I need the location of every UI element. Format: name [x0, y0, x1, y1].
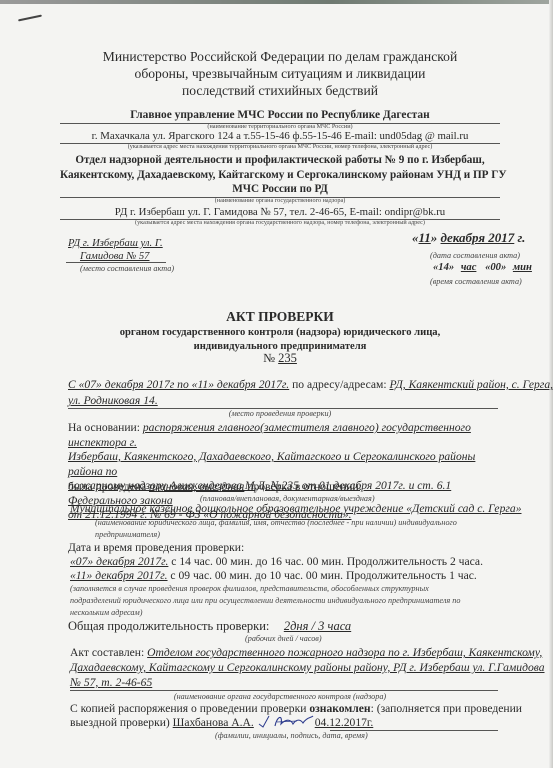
act-place-caption: (место составления акта) — [80, 264, 174, 273]
inspection-period: С «07» декабря 2017г по «11» декабря 201… — [68, 378, 289, 391]
inspection-place: С «07» декабря 2017г по «11» декабря 201… — [68, 378, 553, 393]
divider — [70, 690, 498, 691]
inspected-entity-caption-2: предпринимателя) — [95, 530, 160, 539]
schedule-caption-3: нескольким адресам) — [70, 608, 142, 617]
inspection-address-line-2: ул. Родниковая 14. — [68, 394, 158, 409]
act-time-hours: «14» — [433, 262, 454, 273]
duration-value: 2дня / 3 часа — [273, 619, 363, 634]
divider — [66, 262, 166, 263]
act-number: № 235 — [60, 351, 500, 366]
duration-caption: (рабочих дней / часов) — [245, 634, 322, 643]
ministry-line-1: Министерство Российской Федерации по дел… — [60, 48, 500, 65]
schedule-entry-2: «11» декабря 2017г. с 09 час. 00 мин. до… — [70, 569, 477, 584]
main-directorate-address-caption: (указывается адрес места нахождения терр… — [60, 143, 500, 150]
department-name: Отдел надзорной деятельности и профилакт… — [60, 153, 500, 197]
act-date: «11» декабря 2017 г. — [412, 230, 525, 246]
acknowledgement-date: 04.12.2017г. — [315, 716, 374, 729]
act-subtitle: органом государственного контроля (надзо… — [60, 326, 500, 353]
department-line-2: Каякентскому, Дахадаевскому, Кайтагскому… — [60, 168, 500, 183]
compiled-by-caption: (наименование органа государственного ко… — [60, 692, 500, 701]
document-page: Министерство Российской Федерации по дел… — [0, 0, 553, 768]
inspection-type-value: плановая, выездная — [149, 480, 244, 493]
act-time: «14» час «00» мин — [433, 262, 532, 273]
main-directorate-name: Главное управление МЧС России по Республ… — [60, 109, 500, 121]
compiled-by-line-3: № 57, т. 2-46-65 — [70, 676, 152, 691]
inspection-place-caption: (место проведения проверки) — [60, 409, 500, 418]
act-time-minutes: «00» — [485, 262, 506, 273]
inspected-entity-caption-1: (наименование юридического лица, фамилия… — [95, 518, 457, 527]
compiled-by: Акт составлен: Отделом государственного … — [70, 646, 542, 661]
ministry-line-3: последствий стихийных бедствий — [60, 82, 500, 99]
inspection-type: была проведена плановая, выездная провер… — [68, 480, 362, 495]
department-caption: (наименование органа государственного на… — [60, 197, 500, 204]
act-date-day: 11 — [419, 230, 431, 245]
ministry-line-2: обороны, чрезвычайным ситуациям и ликвид… — [60, 65, 500, 82]
act-time-minutes-unit: мин — [513, 262, 532, 273]
duration: Общая продолжительность проверки: 2дня /… — [68, 619, 363, 634]
signature — [257, 716, 315, 730]
inspection-address: РД, Каякентский район, с. Герга, — [389, 378, 553, 391]
pen-mark — [18, 15, 42, 22]
act-place: РД г. Избербаш ул. Г. Гамидова № 57 — [68, 237, 163, 263]
act-time-hours-unit: час — [461, 262, 477, 273]
acknowledged-person: Шахбанова А.А. — [173, 716, 254, 729]
acknowledgement-line-2: выездной проверки) Шахбанова А.А. 04.12.… — [70, 716, 373, 731]
scan-edge-shadow — [0, 0, 553, 4]
schedule-caption-2: подразделений юридического лица или при … — [70, 596, 460, 605]
main-directorate-address: г. Махачкала ул. Ярагского 124 а т.55-15… — [60, 130, 500, 142]
acknowledgement-caption: (фамилии, инициалы, подпись, дата, время… — [215, 731, 368, 740]
act-title: АКТ ПРОВЕРКИ — [60, 309, 500, 325]
schedule-caption-1: (заполняется в случае проведения проверо… — [70, 584, 429, 593]
compiled-by-line-2: Дахадаевскому, Кайтагскому и Сергокалинс… — [70, 661, 545, 676]
main-directorate-caption: (наименование территориального органа МЧ… — [60, 123, 500, 130]
act-date-month-year: декабря 2017 — [441, 230, 515, 245]
act-date-caption: (дата составления акта) — [430, 251, 520, 260]
department-line-3: МЧС России по РД — [60, 182, 500, 197]
act-time-caption: (время составления акта) — [430, 277, 522, 286]
department-line-1: Отдел надзорной деятельности и профилакт… — [60, 153, 500, 168]
schedule-entry-1: «07» декабря 2017г. с 14 час. 00 мин. до… — [70, 555, 483, 570]
department-address: РД г. Избербаш ул. Г. Гамидова № 57, тел… — [60, 206, 500, 218]
act-place-line-1: РД г. Избербаш ул. Г. — [68, 237, 163, 250]
act-number-value: 235 — [278, 351, 297, 365]
department-address-caption: (указывается адрес места нахождения орга… — [60, 219, 500, 226]
schedule-label: Дата и время проведения проверки: — [68, 541, 244, 556]
inspected-entity-name: Муниципальное казенное дошкольное образо… — [70, 502, 522, 517]
ministry-header: Министерство Российской Федерации по дел… — [60, 48, 500, 99]
signature-icon — [257, 712, 315, 730]
